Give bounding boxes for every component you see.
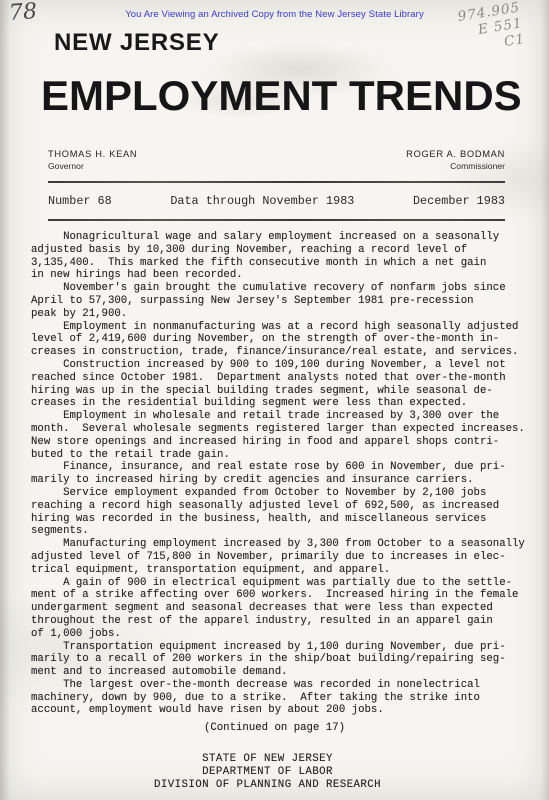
body-paragraph: Manufacturing employment increased by 3,… bbox=[31, 538, 545, 576]
issue-line: Number 68 Data through November 1983 Dec… bbox=[48, 194, 505, 208]
issue-date: December 1983 bbox=[413, 194, 505, 208]
continued-note: (Continued on page 17) bbox=[0, 722, 549, 734]
body-paragraph: Nonagricultural wage and salary employme… bbox=[31, 231, 545, 282]
body-paragraph: Finance, insurance, and real estate rose… bbox=[31, 461, 545, 487]
body-paragraph: Construction increased by 900 to 109,100… bbox=[31, 359, 545, 410]
footer-line-department: DEPARTMENT OF LABOR bbox=[0, 766, 535, 779]
divider-rule-bottom bbox=[48, 219, 505, 221]
commissioner-title: Commissioner bbox=[406, 161, 505, 171]
footer-line-state: STATE OF NEW JERSEY bbox=[0, 753, 535, 766]
document-page: You Are Viewing an Archived Copy from th… bbox=[0, 0, 549, 800]
governor-name: THOMAS H. KEAN bbox=[48, 149, 137, 159]
masthead-state-name: NEW JERSEY bbox=[54, 30, 219, 56]
body-paragraph: Employment in wholesale and retail trade… bbox=[31, 410, 545, 461]
footer-line-division: DIVISION OF PLANNING AND RESEARCH bbox=[0, 779, 535, 792]
governor-title: Governor bbox=[48, 161, 137, 171]
governor-block: THOMAS H. KEAN Governor bbox=[48, 149, 137, 171]
body-paragraph: November's gain brought the cumulative r… bbox=[31, 282, 545, 320]
divider-rule-top bbox=[48, 181, 505, 183]
handwritten-page-number: 78 bbox=[8, 0, 38, 26]
body-paragraph: Transportation equipment increased by 1,… bbox=[31, 641, 545, 679]
body-paragraph: Employment in nonmanufacturing was at a … bbox=[31, 321, 545, 359]
masthead-title: EMPLOYMENT TRENDS bbox=[41, 74, 522, 118]
article-body: Nonagricultural wage and salary employme… bbox=[31, 231, 545, 717]
officials-row: THOMAS H. KEAN Governor ROGER A. BODMAN … bbox=[48, 149, 505, 171]
issue-number: Number 68 bbox=[48, 194, 112, 208]
body-paragraph: A gain of 900 in electrical equipment wa… bbox=[31, 577, 545, 641]
commissioner-block: ROGER A. BODMAN Commissioner bbox=[406, 149, 505, 171]
commissioner-name: ROGER A. BODMAN bbox=[406, 149, 505, 159]
body-paragraph: The largest over-the-month decrease was … bbox=[31, 679, 545, 717]
body-paragraph: Service employment expanded from October… bbox=[31, 487, 545, 538]
footer-imprint: STATE OF NEW JERSEY DEPARTMENT OF LABOR … bbox=[0, 753, 535, 792]
issue-data-through: Data through November 1983 bbox=[170, 194, 354, 208]
handwritten-call-number: 974.905 E 551 C1 bbox=[457, 0, 527, 57]
